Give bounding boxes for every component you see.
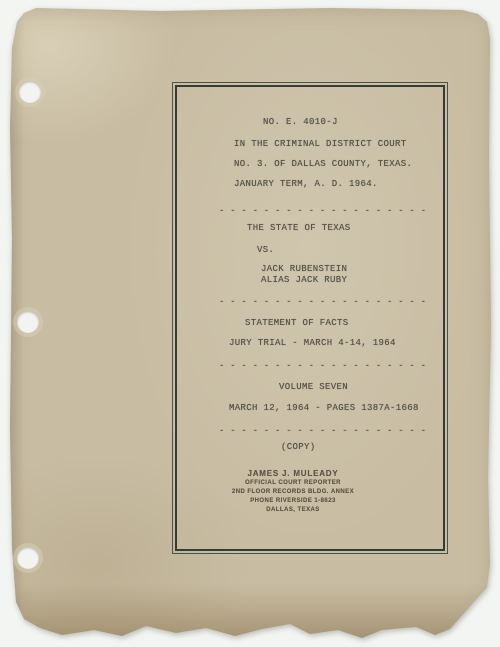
copy-label: (COPY) <box>281 442 316 452</box>
trial-dates-line: JURY TRIAL - MARCH 4-14, 1964 <box>229 338 396 348</box>
punch-hole-top <box>19 81 41 103</box>
defendant-name: JACK RUBENSTEIN <box>261 264 347 274</box>
volume-title: VOLUME SEVEN <box>279 382 348 392</box>
document-type-title: STATEMENT OF FACTS <box>245 318 349 328</box>
case-number: NO. E. 4010-J <box>263 117 338 127</box>
term-line: JANUARY TERM, A. D. 1964. <box>234 179 378 189</box>
reporter-city: DALLAS, TEXAS <box>173 507 413 513</box>
cover-text-block: NO. E. 4010-J IN THE CRIMINAL DISTRICT C… <box>173 83 447 553</box>
reporter-phone: PHONE RIVERSIDE 1-8623 <box>173 498 413 504</box>
punch-hole-bottom <box>17 547 39 569</box>
court-name-line: IN THE CRIMINAL DISTRICT COURT <box>234 139 407 149</box>
cover-border-frame: NO. E. 4010-J IN THE CRIMINAL DISTRICT C… <box>172 82 448 554</box>
scan-area: NO. E. 4010-J IN THE CRIMINAL DISTRICT C… <box>10 8 492 640</box>
county-line: NO. 3. OF DALLAS COUNTY, TEXAS. <box>234 159 412 169</box>
reporter-address: 2ND FLOOR RECORDS BLDG. ANNEX <box>173 489 413 495</box>
volume-page-range: MARCH 12, 1964 - PAGES 1387A-1668 <box>229 403 419 413</box>
reporter-name: JAMES J. MULEADY <box>173 469 413 478</box>
punch-hole-middle <box>17 311 39 333</box>
separator-dashes: - - - - - - - - - - - - - - - - - - - <box>219 297 426 307</box>
separator-dashes: - - - - - - - - - - - - - - - - - - - <box>219 426 426 436</box>
separator-dashes: - - - - - - - - - - - - - - - - - - - <box>219 206 426 216</box>
scanned-page: NO. E. 4010-J IN THE CRIMINAL DISTRICT C… <box>10 8 492 640</box>
separator-dashes: - - - - - - - - - - - - - - - - - - - <box>219 361 426 371</box>
reporter-title: OFFICIAL COURT REPORTER <box>173 480 413 486</box>
versus-label: VS. <box>257 245 274 255</box>
plaintiff-name: THE STATE OF TEXAS <box>247 223 351 233</box>
defendant-alias: ALIAS JACK RUBY <box>261 275 347 285</box>
